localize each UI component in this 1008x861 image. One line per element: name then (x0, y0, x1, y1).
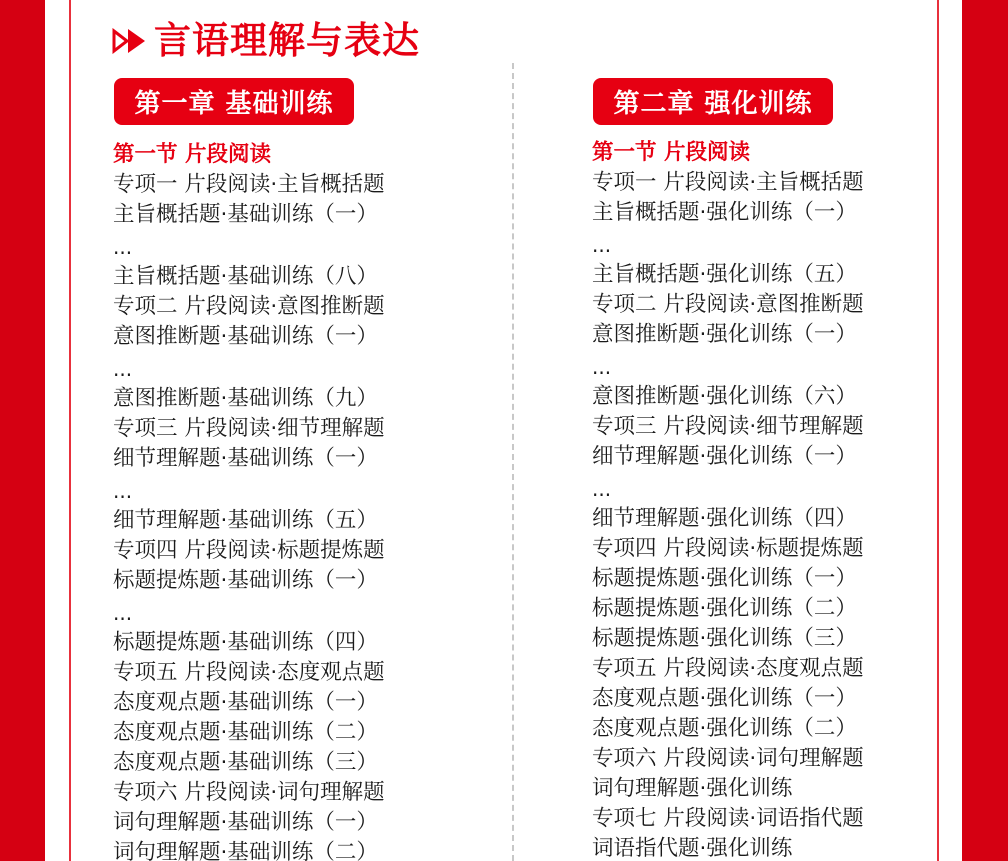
toc-entry: 词句理解题·基础训练（二） (113, 838, 493, 861)
toc-entry: 细节理解题·基础训练（五） (113, 506, 493, 536)
toc-entry: 态度观点题·基础训练（二） (113, 718, 493, 748)
ellipsis-row: ... (592, 472, 972, 504)
toc-entry: 专项四 片段阅读·标题提炼题 (113, 536, 493, 566)
toc-entry: 专项一 片段阅读·主旨概括题 (592, 168, 972, 198)
ellipsis-row: ... (592, 350, 972, 382)
ellipsis-row: ... (592, 228, 972, 260)
double-play-arrow-icon (112, 28, 146, 54)
toc-entry: 词句理解题·强化训练 (592, 774, 972, 804)
toc-entry: 标题提炼题·强化训练（一） (592, 564, 972, 594)
toc-entry: 专项二 片段阅读·意图推断题 (113, 292, 493, 322)
toc-entry: 主旨概括题·基础训练（一） (113, 200, 493, 230)
section-heading: 第一节 片段阅读 (592, 138, 972, 168)
toc-entry: 专项三 片段阅读·细节理解题 (592, 412, 972, 442)
toc-entry: 主旨概括题·强化训练（一） (592, 198, 972, 228)
page-title: 言语理解与表达 (112, 16, 420, 66)
toc-entry: 意图推断题·强化训练（六） (592, 382, 972, 412)
left-red-rule-line (69, 0, 71, 861)
toc-entry: 标题提炼题·强化训练（三） (592, 624, 972, 654)
toc-entry: 主旨概括题·基础训练（八） (113, 262, 493, 292)
toc-entry: 主旨概括题·强化训练（五） (592, 260, 972, 290)
toc-entry: 意图推断题·基础训练（九） (113, 384, 493, 414)
toc-entry: 词语指代题·强化训练 (592, 834, 972, 861)
toc-entry: 意图推断题·强化训练（一） (592, 320, 972, 350)
ellipsis-row: ... (113, 230, 493, 262)
toc-entry: 专项二 片段阅读·意图推断题 (592, 290, 972, 320)
toc-entry: 细节理解题·基础训练（一） (113, 444, 493, 474)
chapter-1-contents: 第一节 片段阅读专项一 片段阅读·主旨概括题主旨概括题·基础训练（一）...主旨… (113, 140, 493, 861)
toc-entry: 标题提炼题·基础训练（四） (113, 628, 493, 658)
toc-entry: 态度观点题·强化训练（一） (592, 684, 972, 714)
toc-entry: 专项一 片段阅读·主旨概括题 (113, 170, 493, 200)
toc-entry: 态度观点题·基础训练（一） (113, 688, 493, 718)
chapter-2-contents: 第一节 片段阅读专项一 片段阅读·主旨概括题主旨概括题·强化训练（一）...主旨… (592, 138, 972, 861)
ellipsis-row: ... (113, 596, 493, 628)
toc-entry: 意图推断题·基础训练（一） (113, 322, 493, 352)
chapter-2-badge: 第二章 强化训练 (593, 78, 833, 125)
toc-entry: 态度观点题·基础训练（三） (113, 748, 493, 778)
page-title-text: 言语理解与表达 (154, 16, 420, 66)
toc-entry: 专项六 片段阅读·词句理解题 (113, 778, 493, 808)
chapter-1-badge: 第一章 基础训练 (114, 78, 354, 125)
toc-entry: 词句理解题·基础训练（一） (113, 808, 493, 838)
toc-entry: 专项四 片段阅读·标题提炼题 (592, 534, 972, 564)
ellipsis-row: ... (113, 352, 493, 384)
left-red-border-bar (0, 0, 45, 861)
toc-entry: 专项三 片段阅读·细节理解题 (113, 414, 493, 444)
toc-entry: 标题提炼题·强化训练（二） (592, 594, 972, 624)
toc-entry: 专项五 片段阅读·态度观点题 (592, 654, 972, 684)
toc-entry: 专项五 片段阅读·态度观点题 (113, 658, 493, 688)
toc-entry: 细节理解题·强化训练（四） (592, 504, 972, 534)
toc-entry: 专项七 片段阅读·词语指代题 (592, 804, 972, 834)
toc-entry: 态度观点题·强化训练（二） (592, 714, 972, 744)
toc-entry: 标题提炼题·基础训练（一） (113, 566, 493, 596)
toc-entry: 细节理解题·强化训练（一） (592, 442, 972, 472)
ellipsis-row: ... (113, 474, 493, 506)
column-divider (512, 63, 514, 861)
toc-entry: 专项六 片段阅读·词句理解题 (592, 744, 972, 774)
section-heading: 第一节 片段阅读 (113, 140, 493, 170)
